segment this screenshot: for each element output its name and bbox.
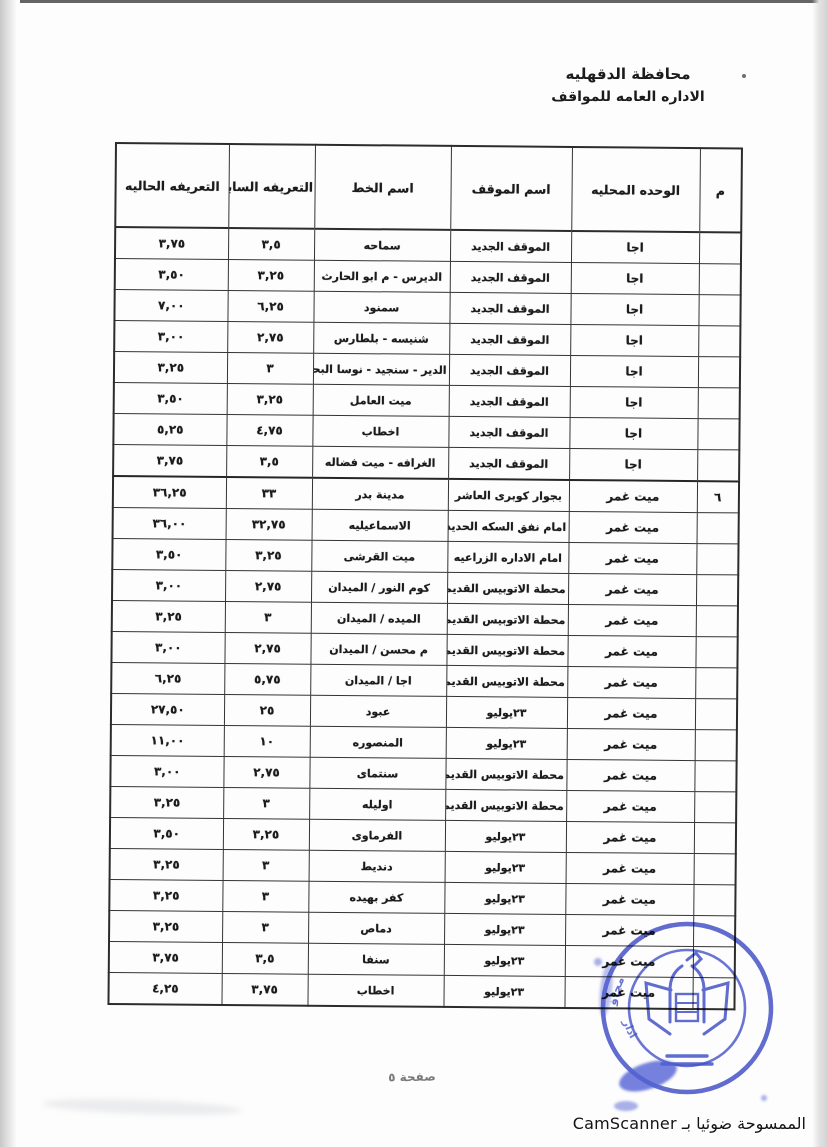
col-header-previous-tariff: التعريفه السابقه (228, 144, 315, 229)
cell-current-tariff: ٣,٠٠ (110, 755, 223, 787)
cell-index (695, 668, 737, 699)
cell-previous-tariff: ٣ (225, 601, 311, 633)
cell-line-name: سنفا (308, 943, 444, 975)
cell-previous-tariff: ٣ (222, 911, 308, 943)
cell-stop-name: ٢٣يوليو (446, 727, 567, 759)
scan-right-edge (812, 0, 828, 1147)
cell-stop-name: محطة الاتوبيس القديم (446, 634, 567, 666)
cell-stop-name: امام نفق السكه الحديد (448, 510, 569, 542)
cell-current-tariff: ٣,٢٥ (110, 786, 223, 818)
cell-line-name: مدينة بدر (312, 478, 448, 511)
cell-line-name: الميده / الميدان (311, 602, 447, 634)
cell-line-name: اوليله (309, 788, 445, 820)
col-header-index: م (699, 148, 742, 232)
cell-index (696, 544, 738, 575)
cell-index (695, 699, 737, 730)
cell-stop-name: ٢٣يوليو (444, 913, 565, 945)
scanned-document-page: { "document": { "header": { "line1": "مح… (0, 0, 828, 1147)
cell-index (694, 761, 736, 792)
cell-previous-tariff: ٥,٧٥ (224, 663, 310, 695)
cell-previous-tariff: ٢٥ (224, 694, 310, 726)
cell-stop-name: الموقف الجديد (449, 292, 570, 324)
cell-index (695, 730, 737, 761)
cell-line-name: اخطاب (307, 974, 443, 1007)
cell-index (696, 575, 738, 606)
cell-stop-name: محطة الاتوبيس القديم (445, 789, 566, 821)
cell-local-unit: اجا (569, 417, 697, 449)
scan-smudge (42, 1097, 242, 1118)
cell-previous-tariff: ٣ (227, 352, 313, 384)
cell-index (697, 450, 739, 482)
cell-index (696, 606, 738, 637)
cell-local-unit: اجا (571, 231, 699, 264)
cell-stop-name: الموقف الجديد (449, 323, 570, 355)
cell-local-unit: ميت غمر (569, 511, 697, 543)
administration-title: الاداره العامه للمواقف (508, 86, 748, 108)
cell-stop-name: امام الاداره الزراعيه (447, 541, 568, 573)
cell-stop-name: الموقف الجديد (450, 230, 571, 263)
cell-current-tariff: ٢٧,٥٠ (111, 693, 224, 725)
cell-current-tariff: ٣,٠٠ (112, 569, 225, 601)
cell-stop-name: ٢٣يوليو (445, 820, 566, 852)
cell-local-unit: ميت غمر (568, 542, 696, 574)
cell-previous-tariff: ٣,٢٥ (223, 818, 309, 850)
cell-line-name: م محسن / الميدان (310, 633, 446, 665)
cell-previous-tariff: ٦,٢٥ (227, 290, 313, 322)
cell-line-name: ميت القرشى (311, 540, 447, 572)
cell-index (698, 326, 740, 357)
cell-line-name: كوم النور / الميدان (311, 571, 447, 603)
cell-local-unit: ميت غمر (569, 480, 697, 513)
cell-previous-tariff: ٣٣ (226, 477, 312, 509)
scan-left-edge (0, 0, 17, 1147)
cell-local-unit: ميت غمر (566, 790, 694, 822)
cell-stop-name: ٢٣يوليو (444, 882, 565, 914)
cell-local-unit: اجا (570, 324, 698, 356)
cell-previous-tariff: ٣,٥ (228, 228, 314, 260)
cell-stop-name: ٢٣يوليو (445, 851, 566, 883)
table-header-row: م الوحده المحليه اسم الموقف اسم الخط الت… (115, 143, 742, 232)
cell-line-name: كفر بهيده (308, 881, 444, 913)
cell-stop-name: ٢٣يوليو (446, 696, 567, 728)
cell-previous-tariff: ١٠ (224, 725, 310, 757)
cell-local-unit: اجا (570, 355, 698, 387)
fare-table: م الوحده المحليه اسم الموقف اسم الخط الت… (107, 142, 743, 1010)
cell-previous-tariff: ٢,٧٥ (224, 632, 310, 664)
cell-local-unit: اجا (570, 386, 698, 418)
cell-stop-name: الموقف الجديد (450, 261, 571, 293)
cell-local-unit: ميت غمر (568, 604, 696, 636)
cell-local-unit: ميت غمر (567, 728, 695, 760)
camscanner-note: الممسوحة ضوئيا بـ CamScanner (573, 1114, 806, 1133)
cell-index (697, 513, 739, 544)
cell-line-name: شنيسه - بلطارس (313, 322, 449, 354)
cell-current-tariff: ٣٦,٢٥ (113, 476, 226, 508)
cell-stop-name: محطة الاتوبيس القديم (447, 572, 568, 604)
cell-previous-tariff: ٣ (223, 787, 309, 819)
cell-previous-tariff: ٣,٢٥ (227, 383, 313, 415)
cell-previous-tariff: ٣,٧٥ (221, 973, 307, 1005)
cell-current-tariff: ٣٦,٠٠ (113, 507, 226, 539)
cell-local-unit: ميت غمر (566, 852, 694, 884)
cell-index: ٦ (697, 481, 739, 513)
fare-table-body: اجا الموقف الجديد سماحه ٣,٥ ٣,٧٥ اجا الم… (108, 227, 741, 1009)
cell-current-tariff: ٣,٢٥ (109, 879, 222, 911)
cell-stop-name: الموقف الجديد (448, 416, 569, 448)
cell-line-name: الفرماوى (309, 819, 445, 851)
cell-index (698, 295, 740, 326)
table-row: ميت غمر ٢٣يوليو اخطاب ٣,٧٥ ٤,٢٥ (108, 972, 734, 1009)
cell-stop-name: ٢٣يوليو (443, 975, 564, 1008)
cell-current-tariff: ٣,٧٥ (109, 941, 222, 973)
cell-current-tariff: ٣,٠٠ (111, 631, 224, 663)
cell-local-unit: ميت غمر (567, 666, 695, 698)
letterhead: محافظة الدقهليه الاداره العامه للمواقف (508, 62, 748, 108)
cell-line-name: ميت العامل (313, 384, 449, 416)
cell-current-tariff: ٧,٠٠ (114, 289, 227, 321)
cell-stop-name: محطة الاتوبيس القديم (447, 603, 568, 635)
cell-previous-tariff: ٣,٥ (226, 445, 312, 477)
cell-line-name: دنديط (309, 850, 445, 882)
col-header-current-tariff: التعريفه الحاليه (115, 143, 229, 228)
cell-current-tariff: ٦,٢٥ (111, 662, 224, 694)
cell-previous-tariff: ٣٢,٧٥ (226, 508, 312, 540)
cell-current-tariff: ٣,٢٥ (109, 910, 222, 942)
cell-line-name: الغرافه - ميت فضاله (312, 446, 448, 479)
cell-local-unit: ميت غمر (567, 697, 695, 729)
cell-local-unit: ميت غمر (564, 976, 692, 1009)
cell-index (699, 232, 741, 264)
cell-previous-tariff: ٢,٧٥ (225, 570, 311, 602)
cell-previous-tariff: ٤,٧٥ (226, 414, 312, 446)
cell-local-unit: ميت غمر (568, 573, 696, 605)
cell-line-name: الدير - سنجيد - نوسا البحر (313, 353, 449, 385)
cell-current-tariff: ٣,٧٥ (113, 444, 226, 476)
col-header-stop-name: اسم الموقف (450, 146, 572, 231)
cell-line-name: سماحه (314, 229, 450, 262)
cell-local-unit: اجا (570, 293, 698, 325)
cell-line-name: الاسماعيليه (312, 509, 448, 541)
col-header-local-unit: الوحده المحليه (571, 147, 700, 232)
fare-table-wrap: م الوحده المحليه اسم الموقف اسم الخط الت… (109, 142, 743, 1010)
cell-current-tariff: ٣,٥٠ (112, 538, 225, 570)
cell-stop-name: ٢٣يوليو (444, 944, 565, 976)
cell-stop-name: الموقف الجديد (449, 354, 570, 386)
cell-previous-tariff: ٣,٥ (222, 942, 308, 974)
cell-index (693, 885, 735, 916)
cell-current-tariff: ٣,٠٠ (114, 320, 227, 352)
cell-local-unit: ميت غمر (566, 821, 694, 853)
cell-local-unit: اجا (569, 448, 697, 481)
cell-line-name: اجا / الميدان (310, 664, 446, 696)
page-number-label: صفحة ٥ (382, 1069, 442, 1084)
cell-local-unit: اجا (571, 262, 699, 294)
cell-line-name: عبود (310, 695, 446, 727)
cell-local-unit: ميت غمر (566, 759, 694, 791)
cell-index (698, 357, 740, 388)
cell-stop-name: الموقف الجديد (449, 385, 570, 417)
cell-line-name: اخطاب (312, 415, 448, 447)
cell-stop-name: محطة الاتوبيس القديم (445, 758, 566, 790)
cell-stop-name: بجوار كوبرى العاشر (448, 479, 569, 512)
cell-line-name: الديرس - م ابو الحارث (314, 260, 450, 292)
cell-local-unit: ميت غمر (565, 883, 693, 915)
cell-index (693, 916, 735, 947)
cell-index (694, 792, 736, 823)
scan-top-border (20, 0, 828, 3)
cell-index (694, 854, 736, 885)
cell-line-name: دماص (308, 912, 444, 944)
cell-previous-tariff: ٢,٧٥ (223, 756, 309, 788)
cell-stop-name: محطة الاتوبيس القديم (446, 665, 567, 697)
cell-index (693, 947, 735, 978)
governorate-title: محافظة الدقهليه (508, 62, 748, 86)
cell-current-tariff: ٣,٢٥ (112, 600, 225, 632)
cell-previous-tariff: ٣,٢٥ (225, 539, 311, 571)
cell-current-tariff: ٣,٥٠ (114, 382, 227, 414)
cell-local-unit: ميت غمر (567, 635, 695, 667)
cell-current-tariff: ٥,٢٥ (113, 413, 226, 445)
cell-index (692, 978, 734, 1010)
cell-previous-tariff: ٢,٧٥ (227, 321, 313, 353)
cell-current-tariff: ٣,٥٠ (115, 258, 228, 290)
cell-line-name: المنصوره (310, 726, 446, 758)
cell-current-tariff: ٣,٢٥ (110, 848, 223, 880)
cell-index (699, 264, 741, 295)
cell-line-name: سنتماى (309, 757, 445, 789)
cell-current-tariff: ٣,٢٥ (114, 351, 227, 383)
cell-line-name: سمنود (313, 291, 449, 323)
cell-local-unit: ميت غمر (565, 914, 693, 946)
cell-current-tariff: ١١,٠٠ (111, 724, 224, 756)
cell-current-tariff: ٣,٥٠ (110, 817, 223, 849)
cell-previous-tariff: ٣,٢٥ (228, 259, 314, 291)
cell-index (695, 637, 737, 668)
cell-current-tariff: ٤,٢٥ (108, 972, 221, 1004)
cell-index (694, 823, 736, 854)
cell-local-unit: ميت غمر (565, 945, 693, 977)
cell-previous-tariff: ٣ (222, 880, 308, 912)
cell-index (697, 419, 739, 450)
cell-stop-name: الموقف الجديد (448, 447, 569, 480)
cell-current-tariff: ٣,٧٥ (115, 227, 228, 259)
cell-previous-tariff: ٣ (223, 849, 309, 881)
cell-index (698, 388, 740, 419)
col-header-line-name: اسم الخط (314, 145, 451, 230)
